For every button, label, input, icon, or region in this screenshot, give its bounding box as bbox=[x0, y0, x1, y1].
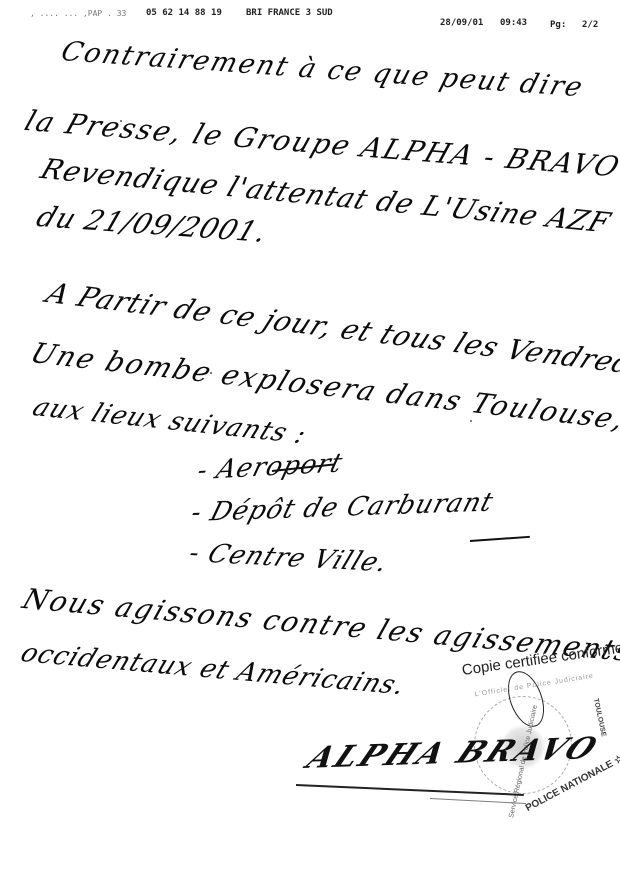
fax-date: 28/09/01 bbox=[440, 18, 483, 28]
list-item: - Aeroport bbox=[194, 448, 346, 486]
list-item: - Dépôt de Carburant bbox=[188, 487, 497, 528]
scan-speck bbox=[120, 120, 122, 122]
scan-speck bbox=[210, 372, 212, 374]
fax-page-label: Pg: bbox=[550, 20, 566, 30]
fax-page-number: 2/2 bbox=[582, 20, 598, 30]
list-item: - Centre Ville. bbox=[184, 538, 393, 578]
fax-time: 09:43 bbox=[500, 18, 527, 28]
fax-phone-number: 05 62 14 88 19 bbox=[146, 8, 222, 18]
letter-line: aux lieux suivants : bbox=[28, 393, 311, 450]
letter-line: Contrairement à ce que peut dire bbox=[58, 36, 588, 103]
fax-header: , .... ... ,PAP . 33 05 62 14 88 19 BRI … bbox=[0, 8, 620, 28]
fax-sender-name: BRI FRANCE 3 SUD bbox=[246, 8, 333, 18]
scan-speck bbox=[470, 420, 472, 422]
letter-line: du 21/09/2001. bbox=[32, 200, 272, 248]
scan-speck bbox=[560, 350, 562, 352]
letter-line: occidentaux et Américains. bbox=[16, 638, 410, 701]
pen-stroke bbox=[470, 536, 530, 542]
fax-sender-fragment: , .... ... ,PAP . 33 bbox=[30, 9, 126, 18]
